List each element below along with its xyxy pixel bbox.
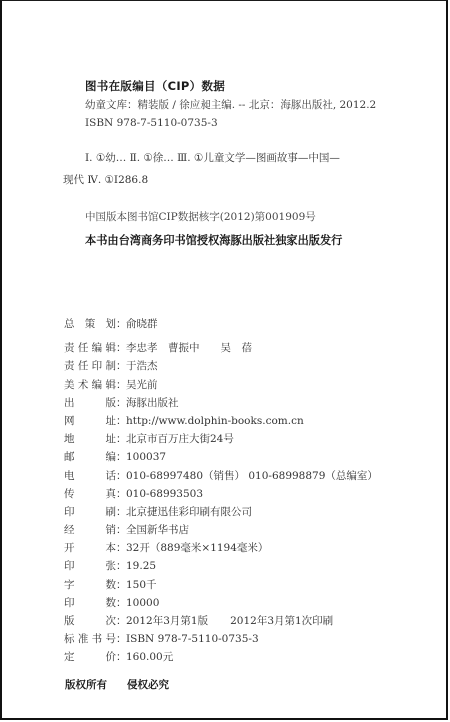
- credit-label-char: 号: [105, 630, 116, 648]
- credit-label: 邮编: [64, 448, 116, 466]
- credit-label-char: 辑: [105, 376, 116, 394]
- credit-value-text: 全国新华书店: [126, 524, 189, 536]
- credit-value: 全国新华书店: [126, 521, 189, 539]
- credit-value-text: http://www.dolphin-books.com.cn: [126, 415, 304, 427]
- credit-colon: ：: [116, 467, 126, 485]
- credit-label-char: 刷: [106, 503, 117, 521]
- credit-row: 地址：北京市百万庄大街24号: [64, 430, 378, 448]
- credit-label-char: 张: [106, 557, 117, 575]
- credit-value: 160.00元: [126, 648, 173, 666]
- credit-value-text: 10000: [126, 597, 159, 609]
- credit-colon: ：: [116, 557, 126, 575]
- credit-label: 责任编辑: [64, 339, 116, 357]
- credit-row: 邮编：100037: [64, 448, 378, 466]
- credit-label-char: 真: [106, 485, 117, 503]
- credit-colon: ：: [116, 485, 126, 503]
- credit-label-char: 版: [106, 394, 117, 412]
- credit-label-char: 术: [78, 376, 89, 394]
- credit-label-char: 开: [64, 539, 75, 557]
- credit-label-char: 址: [106, 430, 117, 448]
- credit-colon: ：: [116, 376, 126, 394]
- credit-row: 定价：160.00元: [64, 648, 378, 666]
- credit-label: 网址: [64, 412, 116, 430]
- credit-row: 开本：32开（889毫米×1194毫米）: [64, 539, 378, 557]
- credit-label-char: 制: [105, 357, 116, 375]
- credit-colon: ：: [116, 357, 126, 375]
- credit-label: 版次: [64, 612, 116, 630]
- credit-row: 责任印制：于浩杰: [64, 357, 378, 375]
- credit-value: 海豚出版社: [126, 394, 179, 412]
- credit-label-char: 网: [64, 412, 75, 430]
- infringement-notice: 侵权必究: [127, 679, 169, 691]
- credit-label-char: 出: [64, 394, 75, 412]
- credit-colon: ：: [116, 594, 126, 612]
- credit-value-text: 于浩杰: [126, 360, 158, 372]
- credit-label-char: 印: [64, 594, 75, 612]
- credit-value-text: 吴光前: [126, 379, 158, 391]
- credit-row: 总策划：俞晓群: [64, 315, 378, 333]
- credit-label: 字数: [64, 576, 116, 594]
- credit-value: 2012年3月第1版2012年3月第1次印刷: [126, 612, 333, 630]
- credit-label-char: 责: [64, 357, 75, 375]
- credit-row: 电话：010-68997480（销售） 010-68998879（总编室）: [64, 467, 378, 485]
- rights-statement: 版权所有侵权必究: [65, 677, 169, 692]
- credit-value-text: 北京市百万庄大街24号: [126, 433, 234, 445]
- credit-value-extra: 2012年3月第1次印刷: [230, 615, 333, 627]
- credit-label-char: 数: [106, 576, 117, 594]
- credit-colon: ：: [116, 412, 126, 430]
- credit-label-char: 地: [64, 430, 75, 448]
- cip-description: 幼童文库：精装版 / 徐应昶主编. -- 北京：海豚出版社, 2012.2: [85, 97, 376, 112]
- credit-colon: ：: [116, 339, 126, 357]
- credit-colon: ：: [116, 648, 126, 666]
- credit-row: 网址：http://www.dolphin-books.com.cn: [64, 412, 378, 430]
- credit-colon: ：: [116, 612, 126, 630]
- credit-label-char: 销: [106, 521, 117, 539]
- credit-colon: ：: [116, 448, 126, 466]
- credit-value-text: 150千: [126, 579, 157, 591]
- credits-list: 总策划：俞晓群责任编辑：李忠孝 曹振中 吴 蓓责任印制：于浩杰美术编辑：吴光前出…: [64, 315, 378, 667]
- credit-label: 经销: [64, 521, 116, 539]
- credit-value-text: 北京捷迅佳彩印刷有限公司: [126, 506, 252, 518]
- credit-row: 印张：19.25: [64, 557, 378, 575]
- classification-line-1: Ⅰ. ①幼… Ⅱ. ①徐… Ⅲ. ①儿童文学—图画故事—中国—: [85, 150, 340, 165]
- credit-label-char: 印: [64, 557, 75, 575]
- credit-label-char: 美: [64, 376, 75, 394]
- copyright-page: 图书在版编目（CIP）数据 幼童文库：精装版 / 徐应昶主编. -- 北京：海豚…: [0, 0, 448, 720]
- credit-value-text: 海豚出版社: [126, 397, 179, 409]
- credit-label-char: 责: [64, 339, 75, 357]
- credit-row: 美术编辑：吴光前: [64, 376, 378, 394]
- cip-title: 图书在版编目（CIP）数据: [85, 78, 225, 94]
- credit-label: 出版: [64, 394, 116, 412]
- credit-label-char: 传: [64, 485, 75, 503]
- credit-value: ISBN 978-7-5110-0735-3: [126, 630, 259, 648]
- credit-label: 电话: [64, 467, 116, 485]
- credit-colon: ：: [116, 503, 126, 521]
- credit-value: 北京市百万庄大街24号: [126, 430, 234, 448]
- authorization-statement: 本书由台湾商务印书馆授权海豚出版社独家出版发行: [85, 232, 342, 248]
- all-rights-reserved: 版权所有: [65, 679, 107, 691]
- credit-value: 李忠孝 曹振中 吴 蓓: [126, 339, 252, 357]
- credit-label-char: 划: [106, 315, 117, 333]
- credit-label-char: 总: [64, 315, 75, 333]
- credit-value-text: ISBN 978-7-5110-0735-3: [126, 633, 259, 645]
- credit-colon: ：: [116, 521, 126, 539]
- credit-label-char: 价: [106, 648, 117, 666]
- credit-value-text: 010-68997480（销售） 010-68998879（总编室）: [126, 470, 378, 482]
- credit-colon: ：: [116, 430, 126, 448]
- credit-label: 美术编辑: [64, 376, 116, 394]
- credit-label: 地址: [64, 430, 116, 448]
- credit-value: 100037: [126, 448, 166, 466]
- credit-value: 北京捷迅佳彩印刷有限公司: [126, 503, 252, 521]
- credit-value: 32开（889毫米×1194毫米）: [126, 539, 268, 557]
- credit-value: 10000: [126, 594, 159, 612]
- credit-label-char: 印: [64, 503, 75, 521]
- credit-label: 印张: [64, 557, 116, 575]
- credit-label-char: 准: [78, 630, 89, 648]
- credit-row: 印刷：北京捷迅佳彩印刷有限公司: [64, 503, 378, 521]
- credit-label-char: 次: [106, 612, 117, 630]
- credit-row: 字数：150千: [64, 576, 378, 594]
- credit-label-char: 印: [92, 357, 103, 375]
- credit-row: 标准书号：ISBN 978-7-5110-0735-3: [64, 630, 378, 648]
- credit-value: 010-68997480（销售） 010-68998879（总编室）: [126, 467, 378, 485]
- cip-number: 中国版本图书馆CIP数据核字(2012)第001909号: [85, 209, 316, 224]
- credit-row: 出版：海豚出版社: [64, 394, 378, 412]
- credit-label-char: 电: [64, 467, 75, 485]
- credit-colon: ：: [116, 576, 126, 594]
- credit-label: 印数: [64, 594, 116, 612]
- credit-label-char: 编: [106, 448, 117, 466]
- credit-value-text: 李忠孝 曹振中 吴 蓓: [126, 342, 252, 354]
- credit-label-char: 任: [78, 357, 89, 375]
- credit-label-char: 话: [106, 467, 117, 485]
- credit-value-text: 100037: [126, 451, 166, 463]
- credit-label-char: 址: [106, 412, 117, 430]
- credit-label: 印刷: [64, 503, 116, 521]
- credit-value-text: 俞晓群: [126, 318, 158, 330]
- credit-label-char: 编: [92, 376, 103, 394]
- credit-value: http://www.dolphin-books.com.cn: [126, 412, 304, 430]
- credit-label-char: 经: [64, 521, 75, 539]
- credit-value: 俞晓群: [126, 315, 158, 333]
- credit-colon: ：: [116, 630, 126, 648]
- credit-label: 开本: [64, 539, 116, 557]
- credit-value-text: 2012年3月第1版: [126, 615, 208, 627]
- credit-value-text: 160.00元: [126, 651, 173, 663]
- credit-label-char: 邮: [64, 448, 75, 466]
- credit-label-char: 策: [85, 315, 96, 333]
- credit-label-char: 本: [106, 539, 117, 557]
- credit-colon: ：: [116, 315, 126, 333]
- credit-row: 印数：10000: [64, 594, 378, 612]
- cip-isbn: ISBN 978-7-5110-0735-3: [85, 117, 218, 129]
- credit-label: 定价: [64, 648, 116, 666]
- credit-label: 传真: [64, 485, 116, 503]
- credit-label-char: 字: [64, 576, 75, 594]
- credit-value: 010-68993503: [126, 485, 203, 503]
- credit-value-text: 010-68993503: [126, 488, 203, 500]
- credit-value: 150千: [126, 576, 157, 594]
- credit-label: 责任印制: [64, 357, 116, 375]
- credit-label: 标准书号: [64, 630, 116, 648]
- credit-colon: ：: [116, 539, 126, 557]
- credit-label-char: 数: [106, 594, 117, 612]
- credit-value: 于浩杰: [126, 357, 158, 375]
- credit-row: 传真：010-68993503: [64, 485, 378, 503]
- credit-label: 总策划: [64, 315, 116, 333]
- credit-label-char: 标: [64, 630, 75, 648]
- credit-value: 吴光前: [126, 376, 158, 394]
- credit-row: 版次：2012年3月第1版2012年3月第1次印刷: [64, 612, 378, 630]
- credit-value: 19.25: [126, 557, 156, 575]
- credit-label-char: 编: [92, 339, 103, 357]
- credit-label-char: 定: [64, 648, 75, 666]
- credit-row: 经销：全国新华书店: [64, 521, 378, 539]
- credit-row: 责任编辑：李忠孝 曹振中 吴 蓓: [64, 339, 378, 357]
- credit-label-char: 辑: [105, 339, 116, 357]
- credit-label-char: 书: [92, 630, 103, 648]
- credit-value-text: 32开（889毫米×1194毫米）: [126, 542, 268, 554]
- credit-colon: ：: [116, 394, 126, 412]
- credit-label-char: 版: [64, 612, 75, 630]
- credit-label-char: 任: [78, 339, 89, 357]
- classification-line-2: 现代 Ⅳ. ①I286.8: [63, 172, 148, 187]
- credit-value-text: 19.25: [126, 560, 156, 572]
